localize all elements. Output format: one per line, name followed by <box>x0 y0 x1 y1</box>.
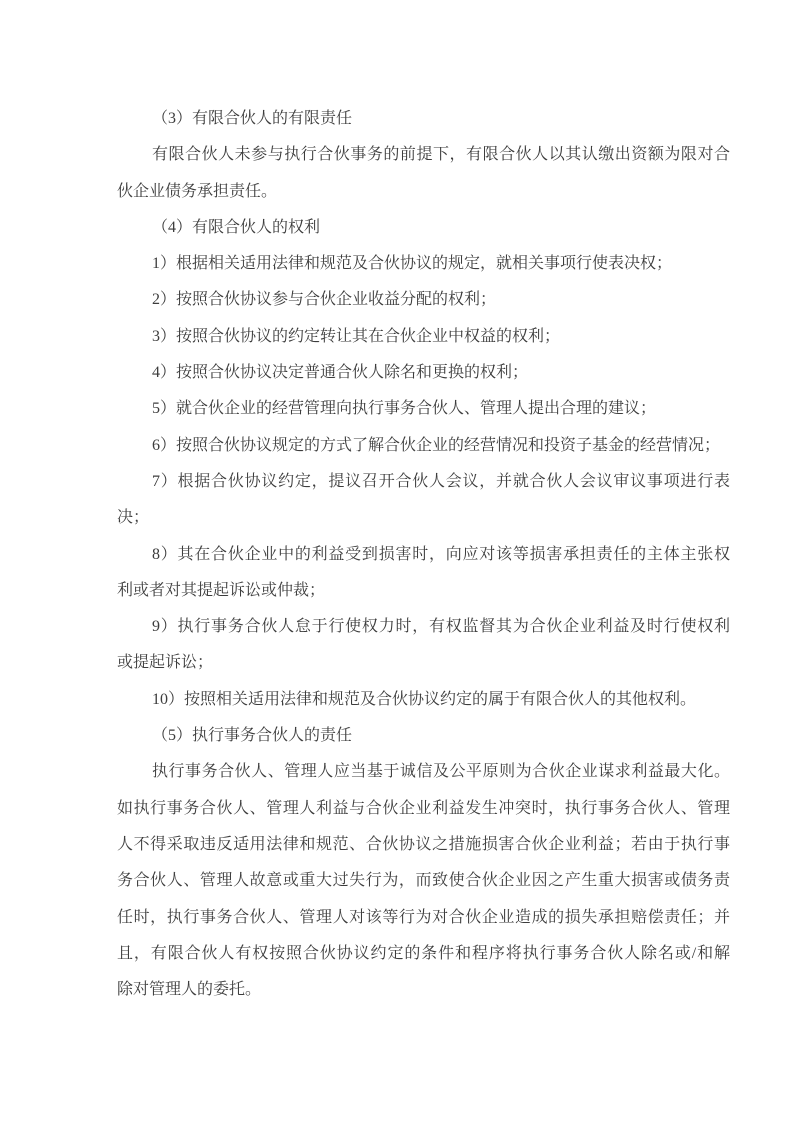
text-line: 除对管理人的委托。 <box>117 972 730 1008</box>
text-line: 且，有限合伙人有权按照合伙协议约定的条件和程序将执行事务合伙人除名或/和解 <box>117 936 730 972</box>
text-line: 务合伙人、管理人故意或重大过失行为，而致使合伙企业因之产生重大损害或债务责 <box>117 863 730 899</box>
text-line: 伙企业债务承担责任。 <box>117 174 730 210</box>
text-line: 9）执行事务合伙人怠于行使权力时，有权监督其为合伙企业利益及时行使权利 <box>117 609 730 645</box>
text-line: 2）按照合伙协议参与合伙企业收益分配的权利； <box>117 282 730 318</box>
text-line: 5）就合伙企业的经营管理向执行事务合伙人、管理人提出合理的建议； <box>117 391 730 427</box>
text-line: 或提起诉讼； <box>117 645 730 681</box>
text-line: 执行事务合伙人、管理人应当基于诚信及公平原则为合伙企业谋求利益最大化。 <box>117 754 730 790</box>
text-line: 4）按照合伙协议决定普通合伙人除名和更换的权利； <box>117 355 730 391</box>
text-line: 人不得采取违反适用法律和规范、合伙协议之措施损害合伙企业利益；若由于执行事 <box>117 827 730 863</box>
text-line: （5）执行事务合伙人的责任 <box>117 718 730 754</box>
text-line: 8）其在合伙企业中的利益受到损害时，向应对该等损害承担责任的主体主张权 <box>117 537 730 573</box>
text-line: 利或者对其提起诉讼或仲裁； <box>117 573 730 609</box>
text-line: 10）按照相关适用法律和规范及合伙协议约定的属于有限合伙人的其他权利。 <box>117 682 730 718</box>
text-line: 6）按照合伙协议规定的方式了解合伙企业的经营情况和投资子基金的经营情况； <box>117 428 730 464</box>
text-line: 任时，执行事务合伙人、管理人对该等行为对合伙企业造成的损失承担赔偿责任；并 <box>117 900 730 936</box>
text-line: （3）有限合伙人的有限责任 <box>117 101 730 137</box>
text-line: 如执行事务合伙人、管理人利益与合伙企业利益发生冲突时，执行事务合伙人、管理 <box>117 791 730 827</box>
text-line: 3）按照合伙协议的约定转让其在合伙企业中权益的权利； <box>117 319 730 355</box>
document-page: （3）有限合伙人的有限责任有限合伙人未参与执行合伙事务的前提下，有限合伙人以其认… <box>0 0 800 1131</box>
text-line: （4）有限合伙人的权利 <box>117 210 730 246</box>
document-content: （3）有限合伙人的有限责任有限合伙人未参与执行合伙事务的前提下，有限合伙人以其认… <box>117 101 730 1008</box>
text-line: 1）根据相关适用法律和规范及合伙协议的规定，就相关事项行使表决权； <box>117 246 730 282</box>
text-line: 有限合伙人未参与执行合伙事务的前提下，有限合伙人以其认缴出资额为限对合 <box>117 137 730 173</box>
text-line: 决； <box>117 500 730 536</box>
text-line: 7）根据合伙协议约定，提议召开合伙人会议，并就合伙人会议审议事项进行表 <box>117 464 730 500</box>
